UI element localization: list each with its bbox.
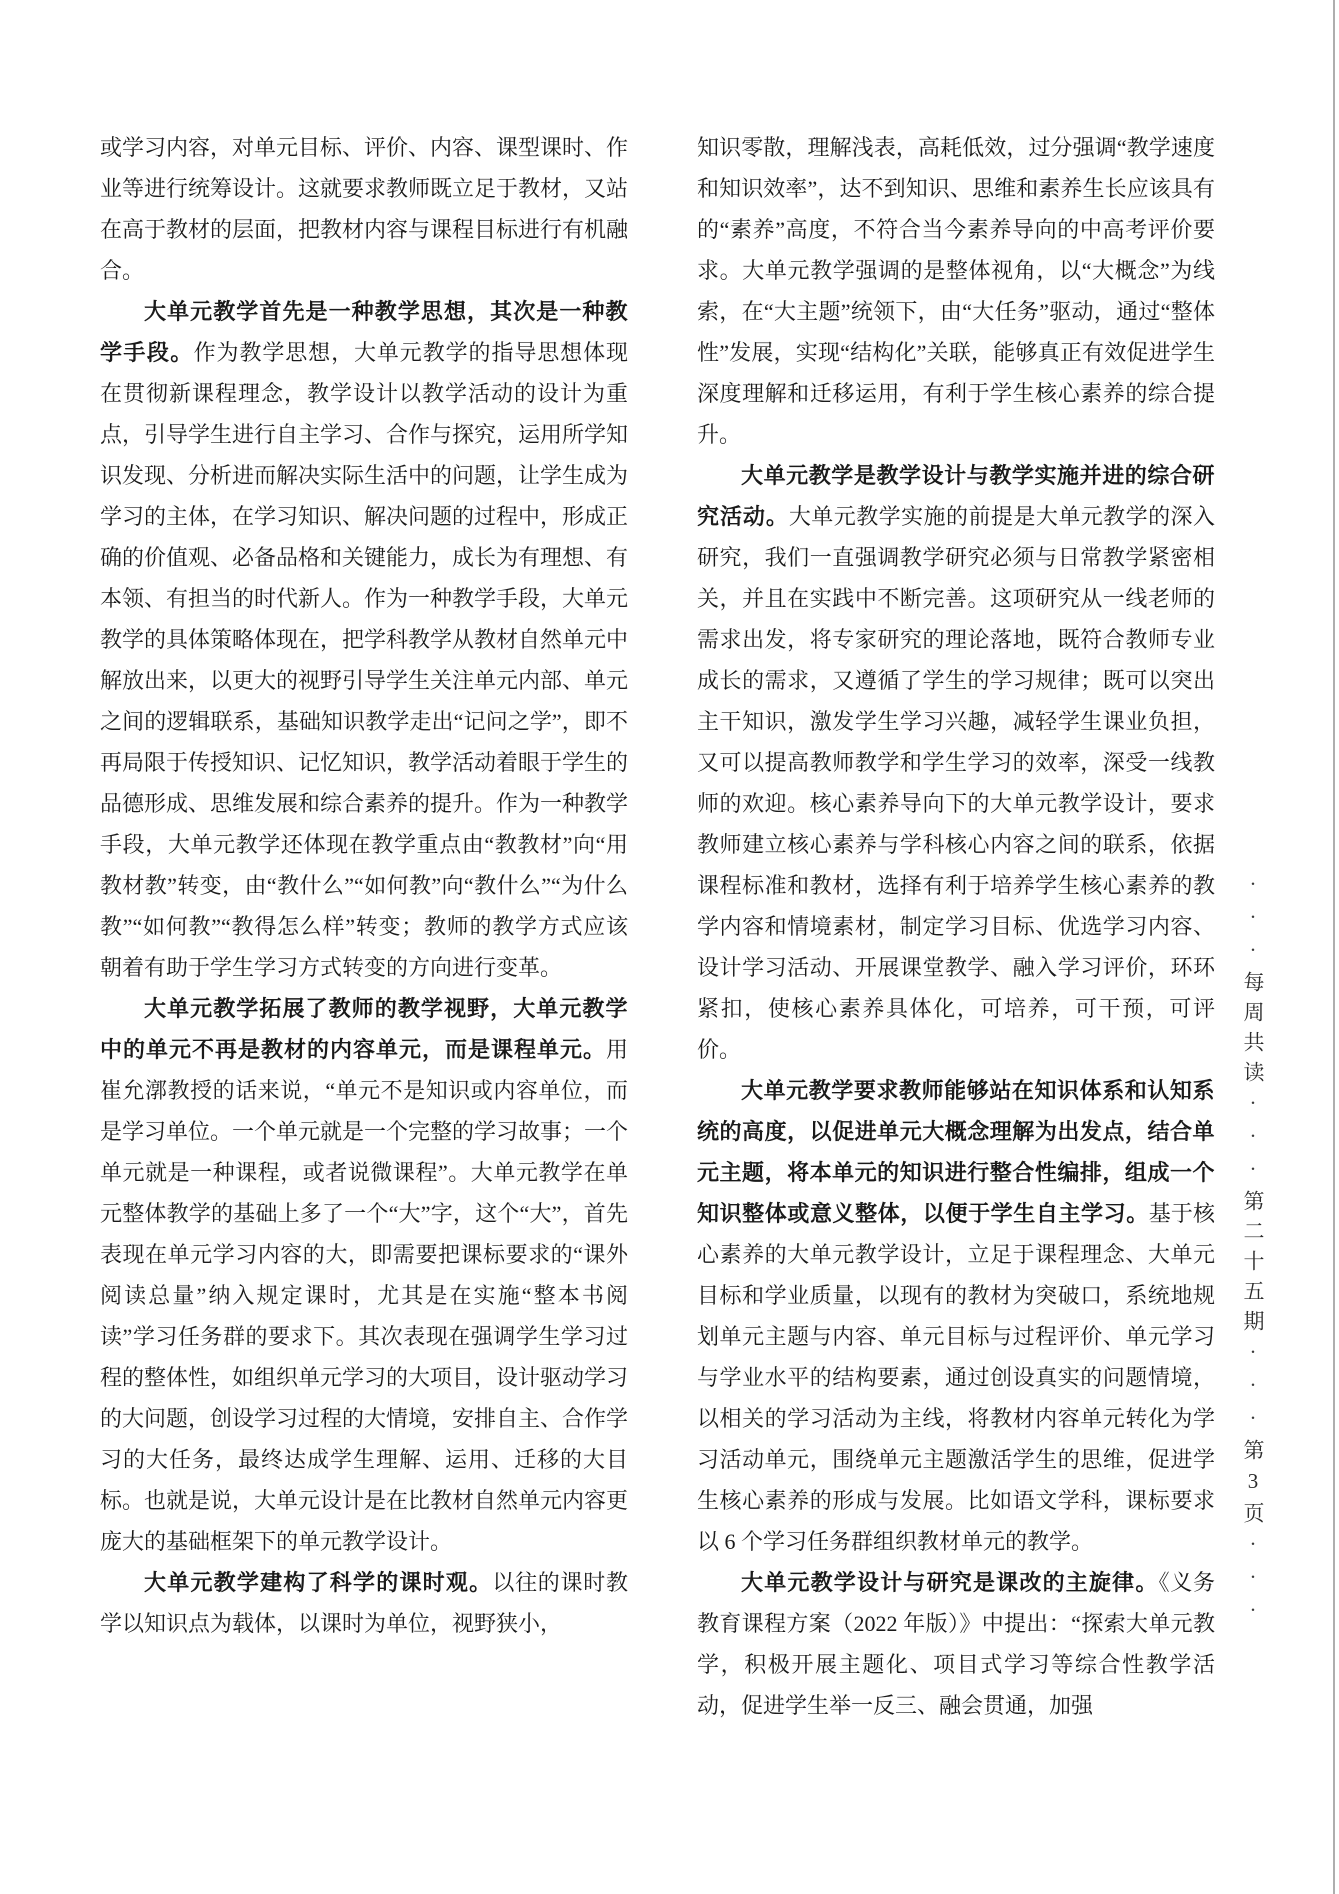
- paragraph-lead-bold: 大单元教学要求教师能够站在知识体系和认知系统的高度，以促进单元大概念理解为出发点…: [697, 1078, 1215, 1226]
- dot-separator: ···: [1241, 1340, 1265, 1439]
- dot-separator: ···: [1241, 1091, 1265, 1190]
- dot-separator: ···: [1241, 872, 1265, 971]
- page-right-edge-line: [1333, 0, 1335, 1894]
- sidebar-page-number: 第3页: [1241, 1439, 1265, 1532]
- paragraph: 或学习内容，对单元目标、评价、内容、课型课时、作业等进行统筹设计。这就要求教师既…: [100, 127, 628, 291]
- dot-separator: ···: [1241, 1532, 1265, 1631]
- paragraph: 大单元教学建构了科学的课时观。以往的课时教学以知识点为载体，以课时为单位，视野狭…: [100, 1562, 628, 1644]
- paragraph-text: 大单元教学实施的前提是大单元教学的深入研究，我们一直强调教学研究必须与日常教学紧…: [697, 504, 1215, 1062]
- paragraph: 知识零散，理解浅表，高耗低效，过分强调“教学速度和知识效率”，达不到知识、思维和…: [697, 127, 1215, 455]
- paragraph-lead-bold: 大单元教学建构了科学的课时观。: [144, 1570, 492, 1595]
- paragraph-lead-bold: 大单元教学设计与研究是课改的主旋律。: [741, 1570, 1159, 1595]
- paragraph-text: 作为教学思想，大单元教学的指导思想体现在贯彻新课程理念，教学设计以教学活动的设计…: [100, 340, 628, 980]
- paragraph: 大单元教学要求教师能够站在知识体系和认知系统的高度，以促进单元大概念理解为出发点…: [697, 1070, 1215, 1562]
- sidebar-issue-number: 第二十五期: [1241, 1190, 1265, 1340]
- paragraph-text: 知识零散，理解浅表，高耗低效，过分强调“教学速度和知识效率”，达不到知识、思维和…: [697, 135, 1215, 447]
- paragraph: 大单元教学是教学设计与教学实施并进的综合研究活动。大单元教学实施的前提是大单元教…: [697, 455, 1215, 1070]
- paragraph-text: 基于核心素养的大单元教学设计，立足于课程理念、大单元目标和学业质量，以现有的教材…: [697, 1201, 1215, 1554]
- left-text-column: 或学习内容，对单元目标、评价、内容、课型课时、作业等进行统筹设计。这就要求教师既…: [100, 127, 628, 1644]
- right-text-column: 知识零散，理解浅表，高耗低效，过分强调“教学速度和知识效率”，达不到知识、思维和…: [697, 127, 1215, 1726]
- paragraph: 大单元教学拓展了教师的教学视野，大单元教学中的单元不再是教材的内容单元，而是课程…: [100, 988, 628, 1562]
- issue-info-vertical-sidebar: ···每周共读···第二十五期···第3页···: [1238, 872, 1268, 1632]
- paragraph-text: 用崔允漷教授的话来说，“单元不是知识或内容单位，而是学习单位。一个单元就是一个完…: [100, 1037, 628, 1554]
- paragraph-text: 或学习内容，对单元目标、评价、内容、课型课时、作业等进行统筹设计。这就要求教师既…: [100, 135, 628, 283]
- paragraph: 大单元教学设计与研究是课改的主旋律。《义务教育课程方案（2022 年版）》中提出…: [697, 1562, 1215, 1726]
- paragraph: 大单元教学首先是一种教学思想，其次是一种教学手段。作为教学思想，大单元教学的指导…: [100, 291, 628, 988]
- sidebar-publication-name: 每周共读: [1241, 971, 1265, 1091]
- document-page: 或学习内容，对单元目标、评价、内容、课型课时、作业等进行统筹设计。这就要求教师既…: [0, 0, 1339, 1894]
- paragraph-lead-bold: 大单元教学拓展了教师的教学视野，大单元教学中的单元不再是教材的内容单元，而是课程…: [100, 996, 628, 1062]
